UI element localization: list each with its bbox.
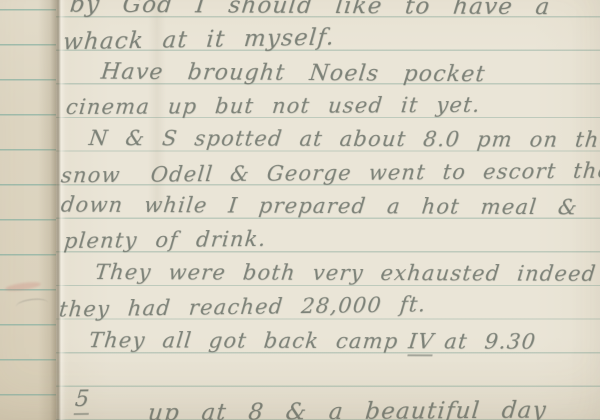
date-marker-5: 5 <box>74 387 91 412</box>
handwriting-segment: Odell & George went to escort them <box>150 158 600 186</box>
handwriting-line-2: whack at it myself. <box>62 25 336 56</box>
handwriting-segment: They all got back camp <box>88 328 400 353</box>
handwriting-line-6: snowOdell & George went to escort them <box>60 158 600 187</box>
handwriting-line-4: cinema up but not used it yet. <box>65 93 482 119</box>
diary-photo: by God I should like to have a whack at … <box>0 0 600 420</box>
handwriting-line-11: They all got back campIVat 9.30 <box>88 328 538 354</box>
cutoff-handwriting-line: up at 8 & a beautiful day <box>147 398 548 420</box>
handwriting-line-8: plenty of drink. <box>63 227 268 253</box>
handwriting-line-5: N & S spotted at about 8.0 pm on the <box>88 126 600 152</box>
handwriting-segment: at 9.30 <box>443 329 537 353</box>
handwriting-line-7: down while I prepared a hot meal & <box>60 193 580 220</box>
handwriting-line-3: Have brought Noels pocket <box>100 60 487 88</box>
handwriting-segment: snow <box>60 163 122 188</box>
handwriting-line-1: by God I should like to have a <box>69 0 552 20</box>
day-number: 5 <box>74 387 92 415</box>
handwriting-line-9: They were both very exhausted indeed <box>94 260 598 286</box>
camp-numeral: IV <box>407 329 436 356</box>
